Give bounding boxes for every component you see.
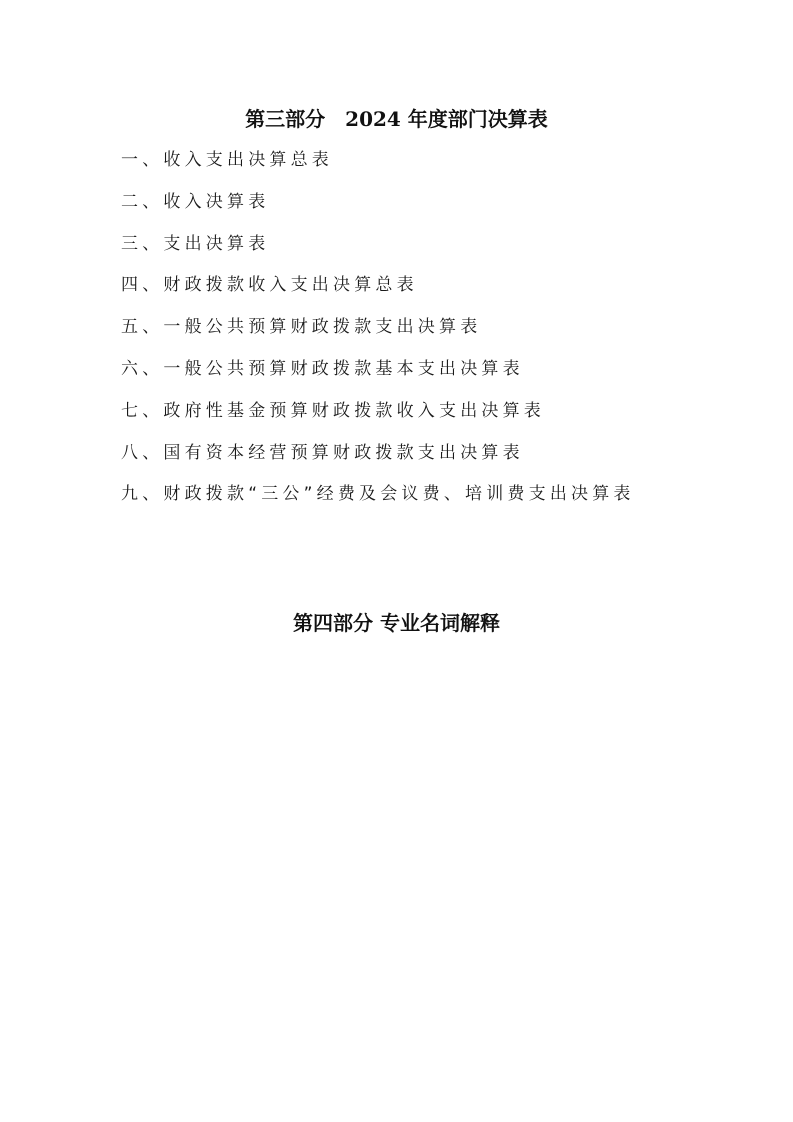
toc-item: 六、一般公共预算财政拨款基本支出决算表 xyxy=(121,355,635,397)
toc-item: 五、一般公共预算财政拨款支出决算表 xyxy=(121,313,635,355)
toc-item: 七、政府性基金预算财政拨款收入支出决算表 xyxy=(121,397,635,439)
toc-item: 二、收入决算表 xyxy=(121,188,635,230)
toc-item: 三、支出决算表 xyxy=(121,230,635,272)
toc-item: 八、国有资本经营预算财政拨款支出决算表 xyxy=(121,439,635,481)
toc-item: 九、财政拨款“三公”经费及会议费、培训费支出决算表 xyxy=(121,480,635,522)
toc-item: 四、财政拨款收入支出决算总表 xyxy=(121,271,635,313)
section-title-part4: 第四部分 专业名词解释 xyxy=(0,607,793,636)
toc-item: 一、收入支出决算总表 xyxy=(121,146,635,188)
section-title-part3: 第三部分 2024 年度部门决算表 xyxy=(0,103,793,132)
table-of-contents: 一、收入支出决算总表 二、收入决算表 三、支出决算表 四、财政拨款收入支出决算总… xyxy=(121,146,635,522)
